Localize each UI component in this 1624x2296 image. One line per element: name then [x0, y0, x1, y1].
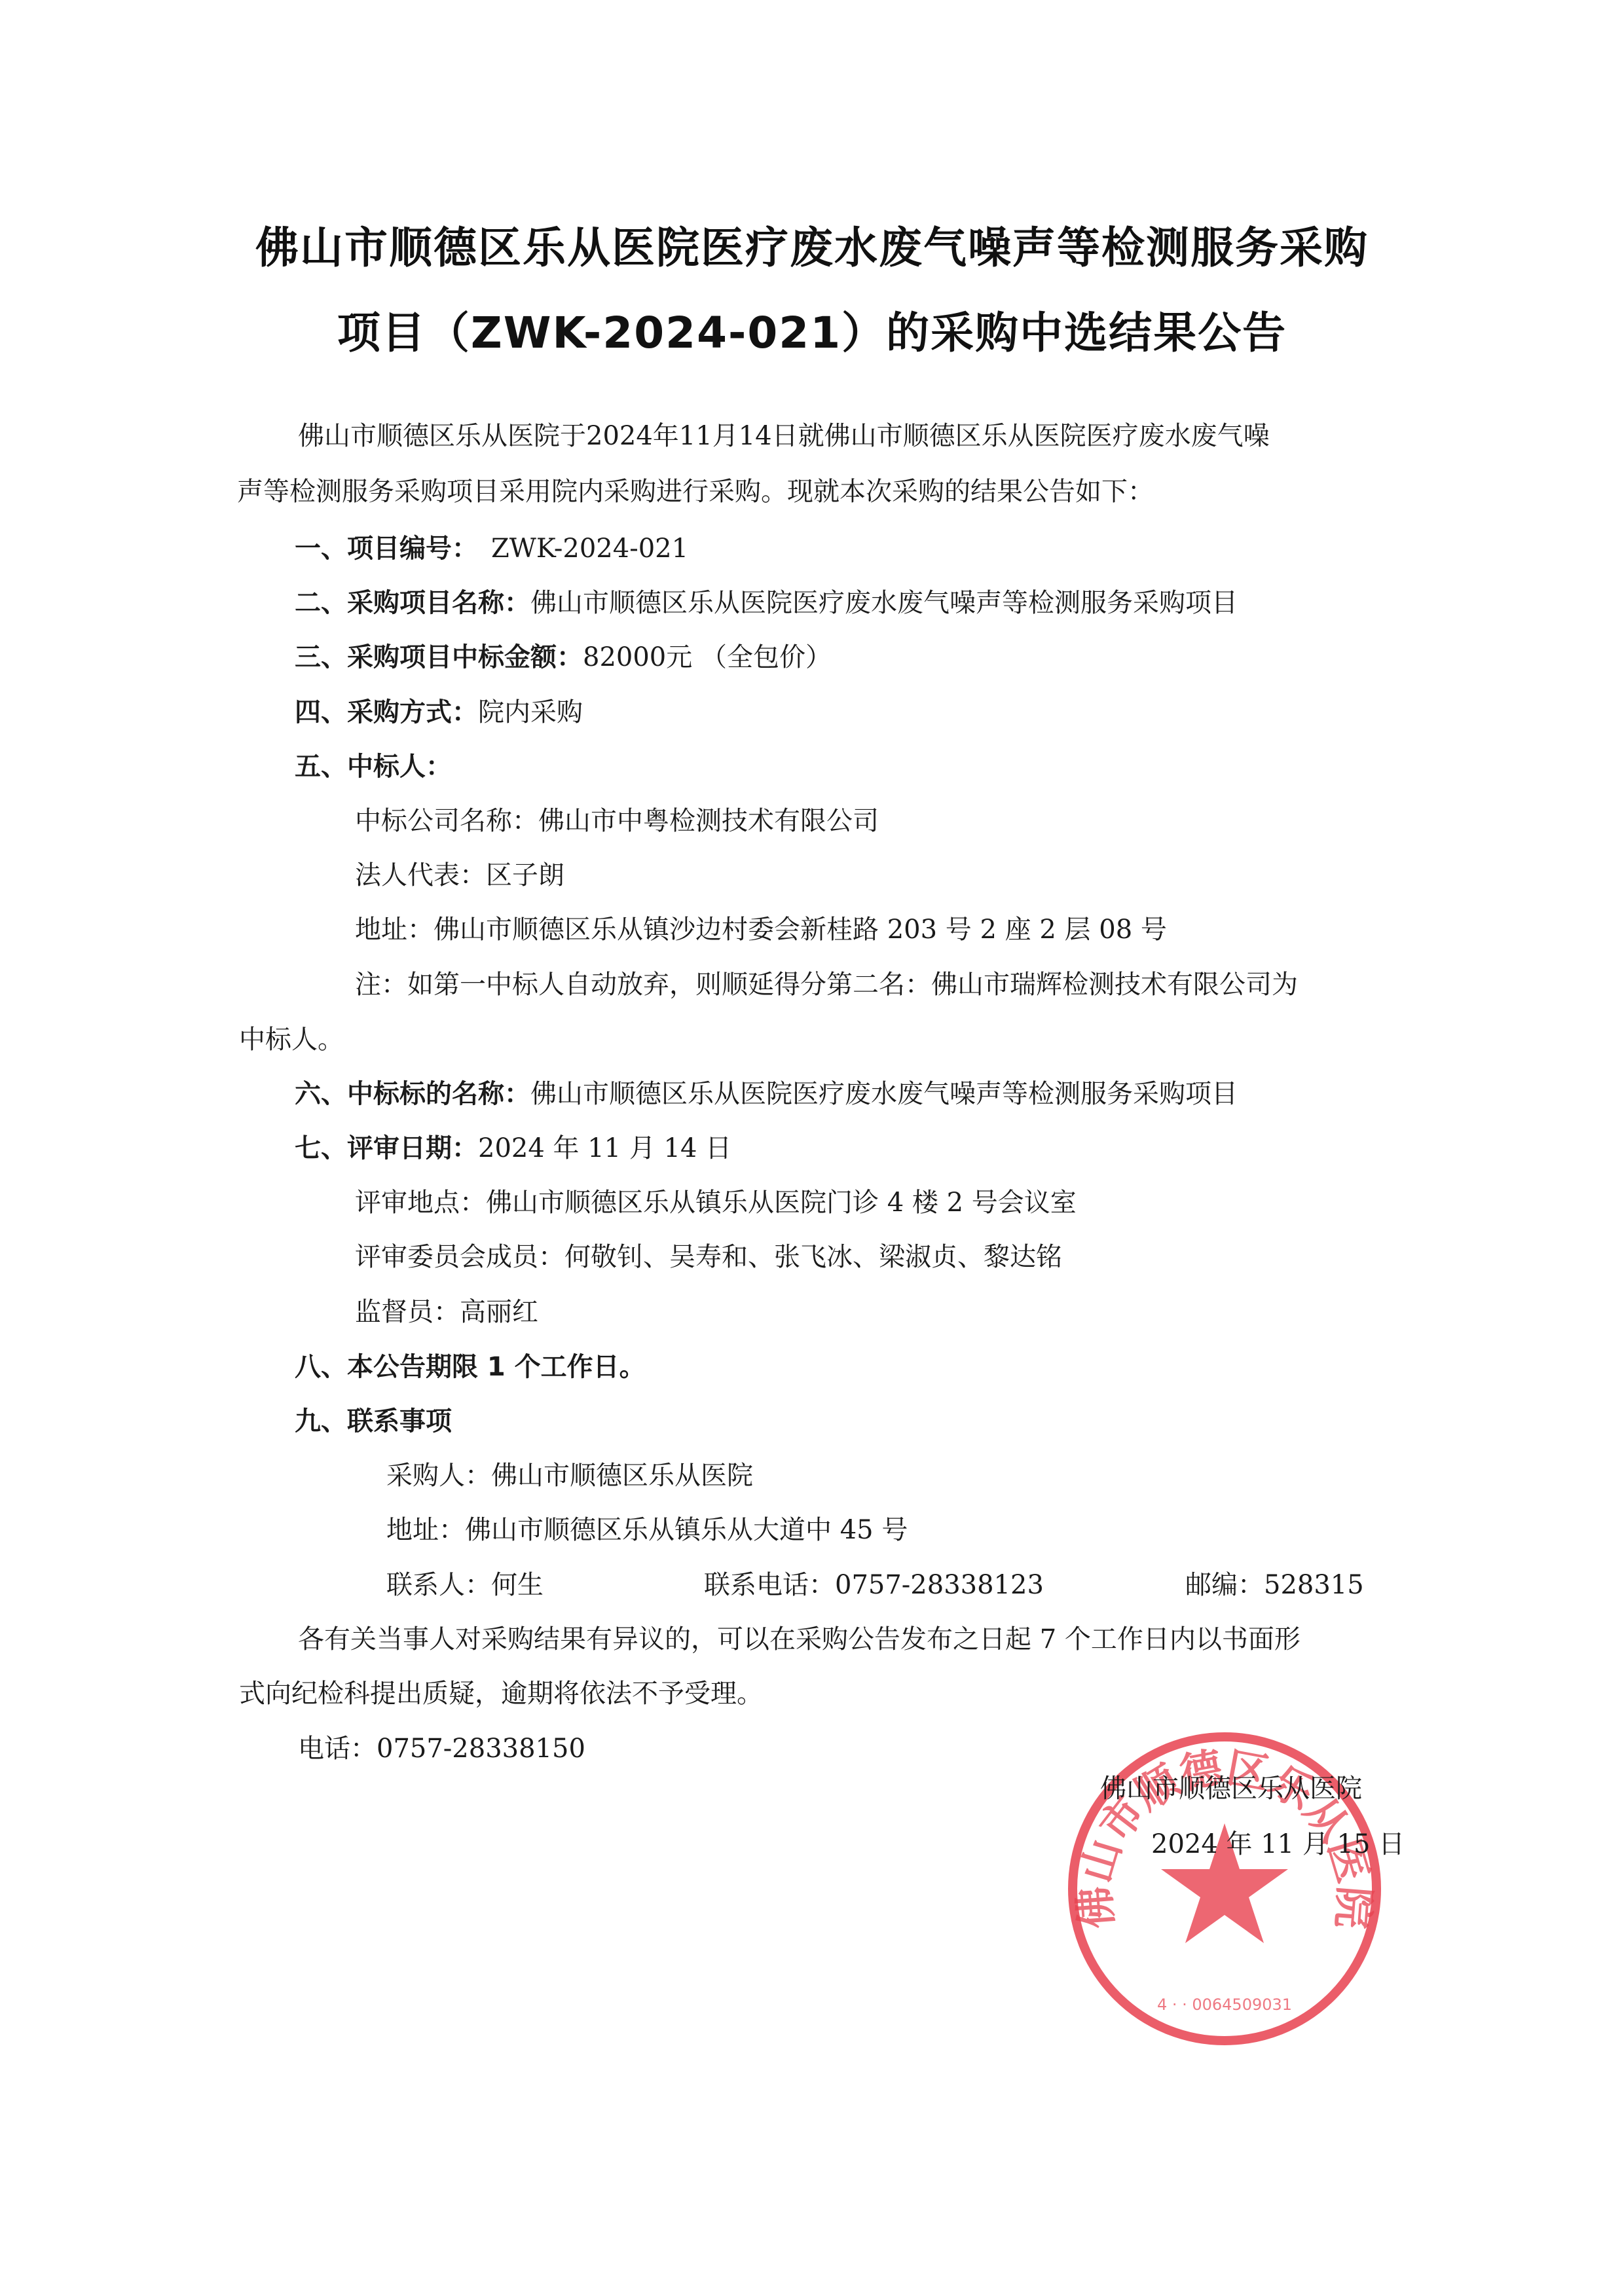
section-review-date: 七、评审日期：2024 年 11 月 14 日	[295, 1131, 731, 1165]
review-date: 2024 年 11 月 14 日	[478, 1133, 731, 1163]
section-bid-subject: 六、中标标的名称：佛山市顺德区乐从医院医疗废水废气噪声等检测服务采购项目	[295, 1077, 1238, 1111]
contact-address: 地址：佛山市顺德区乐从镇乐从大道中 45 号	[386, 1513, 908, 1547]
contact-purchaser: 采购人：佛山市顺德区乐从医院	[386, 1459, 753, 1493]
stamp-code: 4 · · 0064509031	[1157, 1995, 1292, 2014]
contact-postcode: 邮编：528315	[1185, 1568, 1364, 1602]
winner-address: 地址：佛山市顺德区乐从镇沙边村委会新桂路 203 号 2 座 2 层 08 号	[355, 913, 1167, 947]
project-name: 佛山市顺德区乐从医院医疗废水废气噪声等检测服务采购项目	[530, 588, 1238, 618]
objection-line-2: 式向纪检科提出质疑，逾期将依法不予受理。	[239, 1677, 763, 1711]
review-location: 评审地点：佛山市顺德区乐从镇乐从医院门诊 4 楼 2 号会议室	[355, 1186, 1077, 1220]
complaint-phone: 电话：0757-28338150	[298, 1732, 585, 1766]
section-procurement-method: 四、采购方式：院内采购	[295, 695, 583, 729]
title-line-1: 佛山市顺德区乐从医院医疗废水废气噪声等检测服务采购	[0, 213, 1624, 275]
winner-note-line-1: 注：如第一中标人自动放弃，则顺延得分第二名：佛山市瑞辉检测技术有限公司为	[355, 968, 1298, 1002]
section-project-number: 一、项目编号：ZWK-2024-021	[295, 532, 688, 566]
section-label: 二、采购项目名称：	[295, 588, 530, 618]
intro-line-2: 声等检测服务采购项目采用院内采购进行采购。现就本次采购的结果公告如下：	[237, 475, 1154, 509]
title-line-2: 项目（ZWK-2024-021）的采购中选结果公告	[0, 298, 1624, 360]
section-bid-amount: 三、采购项目中标金额：82000元 （全包价）	[295, 640, 832, 674]
section-project-name: 二、采购项目名称：佛山市顺德区乐从医院医疗废水废气噪声等检测服务采购项目	[295, 586, 1238, 620]
section-label: 七、评审日期：	[295, 1133, 478, 1163]
section-label: 三、采购项目中标金额：	[295, 642, 583, 672]
section-label: 六、中标标的名称：	[295, 1079, 530, 1109]
signature-date: 2024 年 11 月 15 日	[1151, 1823, 1405, 1861]
contact-person: 联系人：何生	[386, 1568, 544, 1602]
winner-legal-rep: 法人代表：区子朗	[355, 858, 564, 892]
section-winner: 五、中标人：	[295, 750, 452, 784]
procurement-method: 院内采购	[478, 697, 583, 727]
project-number: ZWK-2024-021	[491, 534, 688, 564]
bid-amount: 82000元 （全包价）	[583, 642, 832, 672]
review-committee: 评审委员会成员：何敬钊、吴寿和、张飞冰、梁淑贞、黎达铭	[355, 1240, 1062, 1274]
contact-phone: 联系电话：0757-28338123	[704, 1568, 1044, 1602]
bid-subject: 佛山市顺德区乐从医院医疗废水废气噪声等检测服务采购项目	[530, 1079, 1238, 1109]
section-contact: 九、联系事项	[295, 1404, 452, 1438]
section-label: 一、项目编号：	[295, 534, 478, 564]
signature-org: 佛山市顺德区乐从医院	[1100, 1768, 1362, 1805]
winner-note-line-2: 中标人。	[239, 1023, 344, 1057]
intro-line-1: 佛山市顺德区乐从医院于2024年11月14日就佛山市顺德区乐从医院医疗废水废气噪	[298, 419, 1270, 453]
review-supervisor: 监督员：高丽红	[355, 1295, 538, 1329]
objection-line-1: 各有关当事人对采购结果有异议的，可以在采购公告发布之日起 7 个工作日内以书面形	[298, 1622, 1301, 1656]
section-notice-period: 八、本公告期限 1 个工作日。	[295, 1350, 646, 1384]
section-label: 四、采购方式：	[295, 697, 478, 727]
winner-company: 中标公司名称：佛山市中粤检测技术有限公司	[355, 804, 879, 838]
